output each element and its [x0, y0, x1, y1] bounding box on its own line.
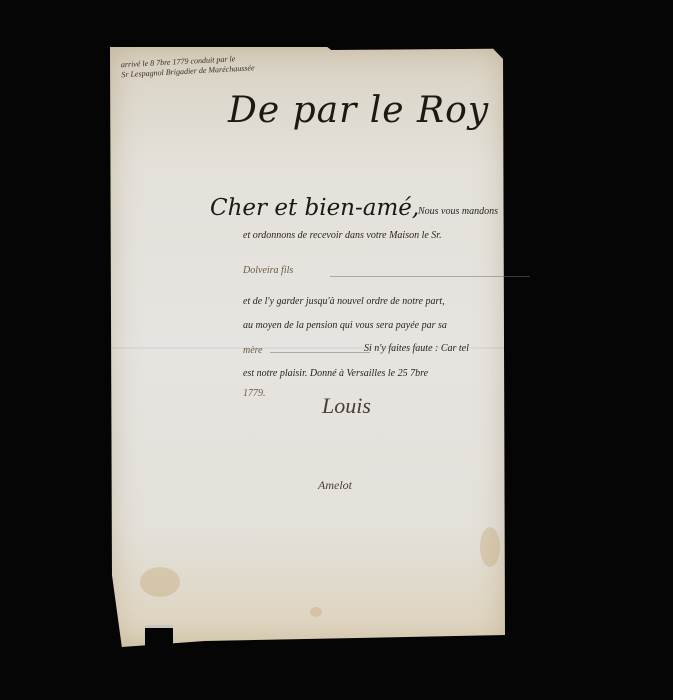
countersignature: Amelot	[318, 478, 352, 493]
body-line-5: au moyen de la pension qui vous sera pay…	[243, 320, 447, 331]
body-line-3-name: Dolveira fils	[243, 265, 293, 276]
foxing-stain	[310, 607, 322, 617]
body-line-8: est notre plaisir. Donné à Versailles le…	[243, 368, 428, 379]
king-signature: Louis	[322, 393, 371, 419]
body-line-6: mère	[243, 345, 263, 356]
foxing-stain	[140, 567, 180, 597]
salutation: Cher et bien-amé,	[210, 195, 419, 221]
fill-in-rule	[330, 276, 530, 277]
document-heading: De par le Roy	[228, 90, 489, 131]
body-line-2: et ordonnons de recevoir dans votre Mais…	[243, 230, 442, 241]
body-line-4: et de l'y garder jusqu'à nouvel ordre de…	[243, 296, 445, 307]
body-line-1: Nous vous mandons	[418, 206, 498, 217]
paper-tear	[145, 625, 173, 648]
fill-in-rule	[270, 352, 370, 353]
foxing-stain	[480, 527, 500, 567]
body-line-9-year: 1779.	[243, 388, 266, 399]
body-line-7: Si n'y faites faute : Car tel	[364, 343, 469, 354]
